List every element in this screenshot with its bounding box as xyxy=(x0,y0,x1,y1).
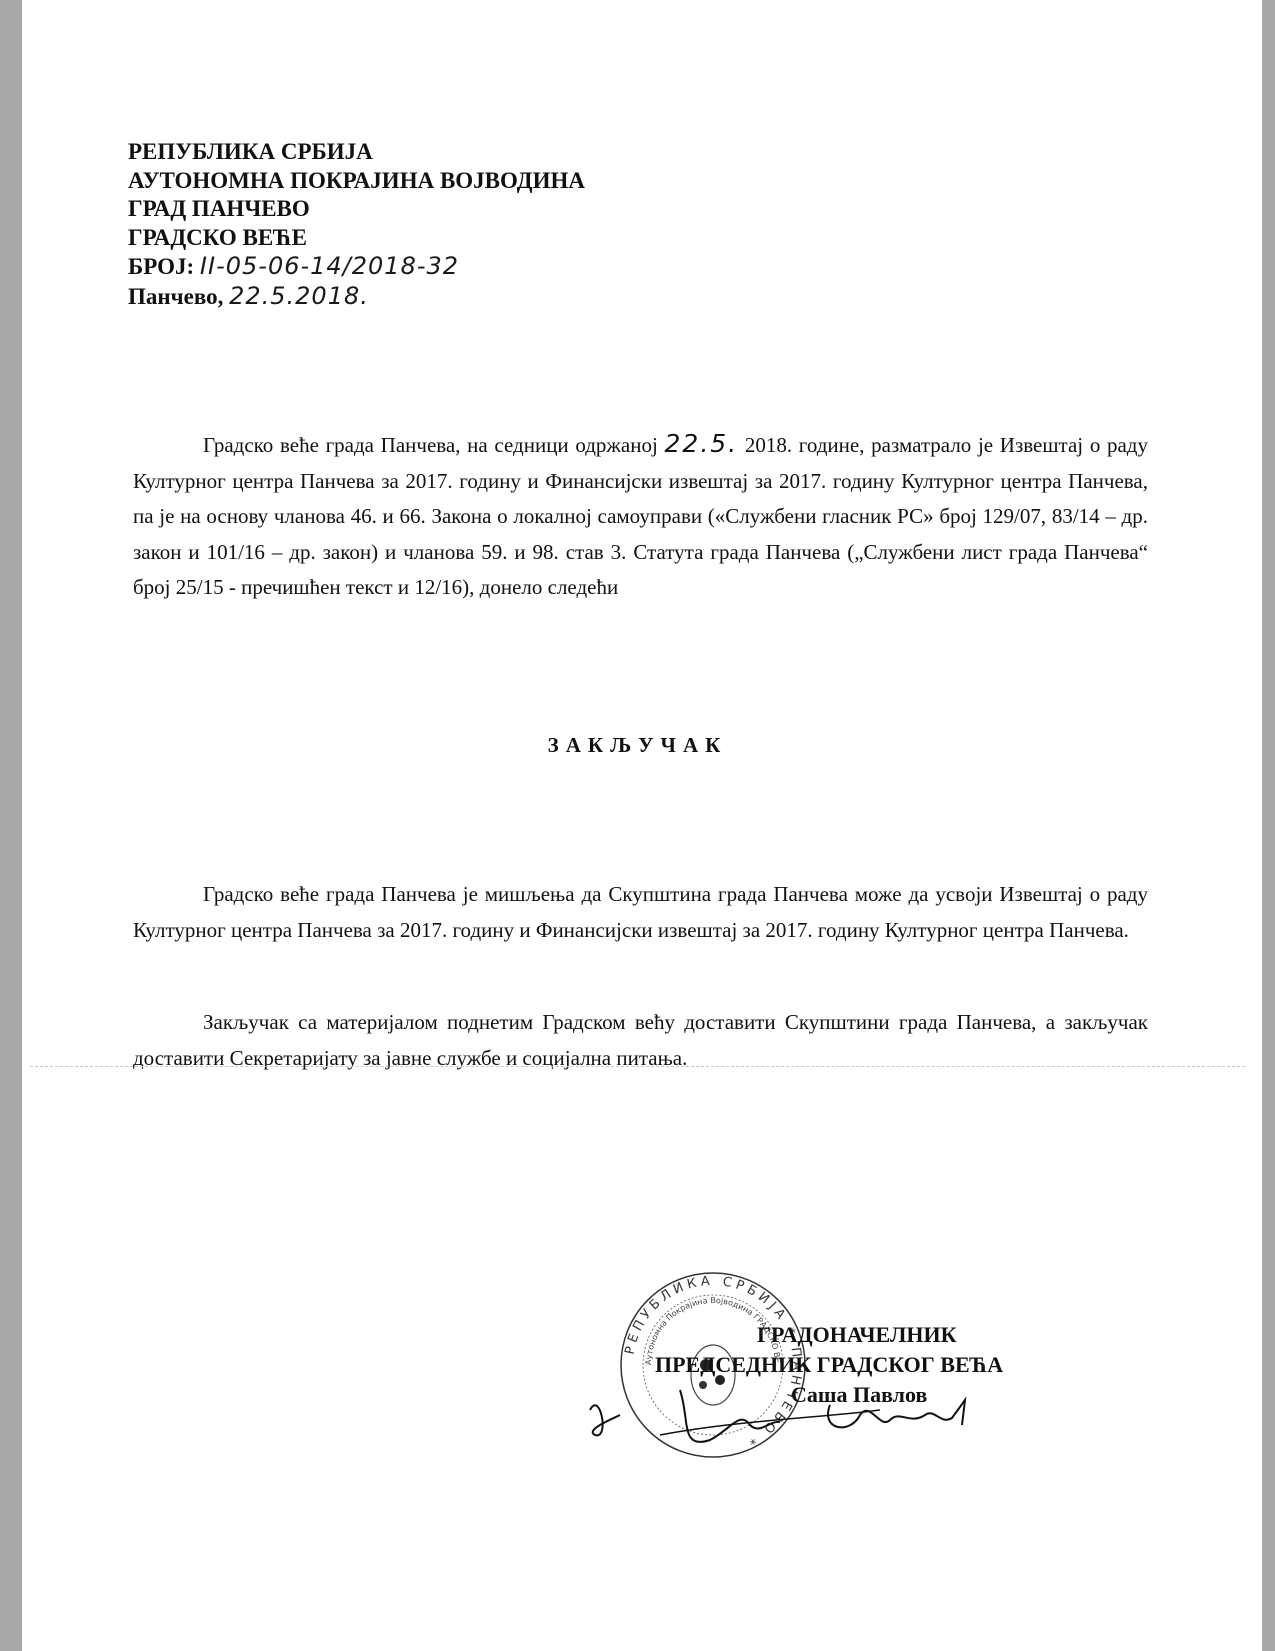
document-number: БРОЈ: II-05-06-14/2018-32 xyxy=(128,252,585,282)
number-value-handwritten: II-05-06-14/2018-32 xyxy=(200,252,459,280)
header-line-province: АУТОНОМНА ПОКРАЈИНА ВОЈВОДИНА xyxy=(128,167,585,196)
header-line-country: РЕПУБЛИКА СРБИЈА xyxy=(128,138,585,167)
number-label: БРОЈ: xyxy=(128,254,194,279)
conclusion-text: Градско веће града Панчева је мишљења да… xyxy=(133,882,1148,942)
document-header: РЕПУБЛИКА СРБИЈА АУТОНОМНА ПОКРАЈИНА ВОЈ… xyxy=(128,138,585,312)
session-date-handwritten: 22.5. xyxy=(665,429,739,458)
handwritten-signature-icon xyxy=(580,1380,1020,1460)
preamble-text-start: Градско веће града Панчева, на седници о… xyxy=(203,433,665,457)
header-line-council: ГРАДСКО ВЕЋЕ xyxy=(128,224,585,253)
signatory-title: ГРАДОНАЧЕЛНИК xyxy=(757,1320,957,1350)
scan-artifact-line xyxy=(30,1066,1245,1067)
paragraph-preamble: Градско веће града Панчева, на седници о… xyxy=(133,426,1148,606)
scan-edge-right xyxy=(1262,0,1275,1651)
place-label: Панчево, xyxy=(128,284,223,309)
signatory-role: ПРЕДСЕДНИК ГРАДСКОГ ВЕЋА xyxy=(655,1350,1003,1380)
delivery-text: Закључак са материјалом поднетим Градско… xyxy=(133,1010,1148,1070)
preamble-text-end: 2018. године, разматрало је Извештај о р… xyxy=(133,433,1148,599)
place-date: Панчево, 22.5.2018. xyxy=(128,282,585,312)
document-title: ЗАКЉУЧАК xyxy=(0,733,1275,758)
paragraph-conclusion: Градско веће града Панчева је мишљења да… xyxy=(133,877,1148,948)
scan-edge-left xyxy=(0,0,22,1651)
header-line-city: ГРАД ПАНЧЕВО xyxy=(128,195,585,224)
date-handwritten: 22.5.2018. xyxy=(229,282,369,310)
